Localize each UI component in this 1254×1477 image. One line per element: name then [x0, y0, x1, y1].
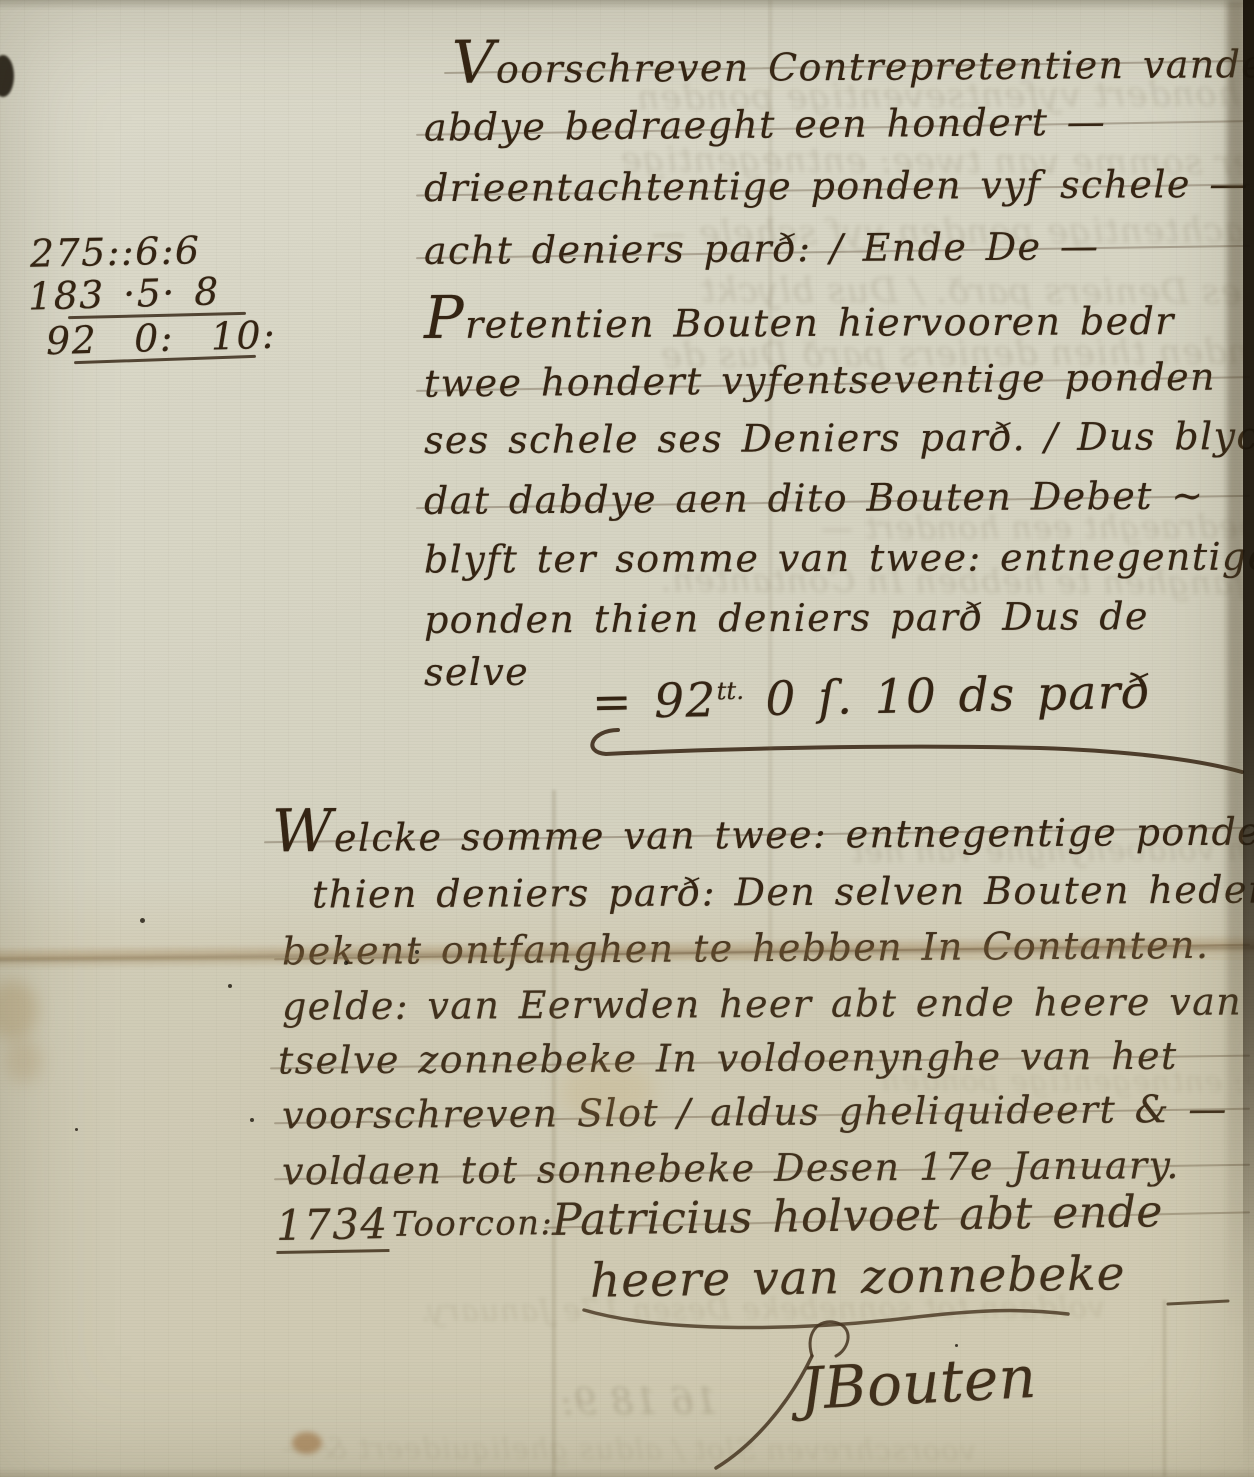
year-1734: 1734 — [276, 1199, 389, 1254]
attestation-toorcon: Toorcon: — [392, 1205, 554, 1244]
margin-subtrahend: 183 ·5· 8 — [27, 271, 220, 318]
manuscript-page: twee hondert vyfentseventige ponden blyf… — [0, 0, 1254, 1477]
sum-pound-mark: tt. — [716, 676, 744, 706]
manuscript-line: selve — [424, 652, 529, 694]
ink-speck — [955, 1344, 958, 1347]
paper-stain — [0, 980, 38, 1040]
sum-underline-flourish — [570, 718, 1254, 782]
manuscript-line: voorschreven Slot / aldus gheliquideert … — [282, 1089, 1244, 1138]
manuscript-line: Welcke somme van twee: entnegentige pond… — [272, 803, 1244, 861]
manuscript-line: abdye bedraeght een hondert — — [424, 100, 1244, 149]
manuscript-line: ponden thien deniers parð Dus de — [424, 596, 1149, 642]
manuscript-line: dat dabdye aen dito Bouten Debet ~ — [424, 475, 1244, 523]
manuscript-line: blyft ter somme van twee: entnegentige — [424, 537, 1254, 582]
manuscript-line: voldaen tot sonnebeke Desen 17e January. — [282, 1145, 1244, 1194]
paper-stain — [4, 1040, 42, 1082]
attestation-year: 1734 — [276, 1201, 389, 1249]
manuscript-line: drieentachtentige ponden vyf schele — — [424, 164, 1244, 210]
ink-speck — [415, 950, 419, 954]
ink-speck — [690, 1009, 693, 1012]
manuscript-line: twee hondert vyfentseventige ponden — [424, 356, 1244, 405]
manuscript-line: Pretentien Bouten hiervooren bedr — [424, 292, 1175, 347]
manuscript-line: acht deniers parð: / Ende De — — [424, 225, 1244, 273]
manuscript-line: bekent ontfanghen te hebben In Contanten… — [282, 925, 1244, 974]
signature-flourish — [690, 1310, 1120, 1477]
ink-speck — [250, 1118, 254, 1122]
ink-speck — [75, 1128, 78, 1131]
ink-speck — [140, 918, 145, 923]
margin-minuend: 275::6:6 — [30, 230, 201, 275]
top-edge-shadow — [0, 0, 1254, 10]
ink-speck — [228, 984, 232, 988]
manuscript-line: ses schele ses Deniers parð. / Dus blyck… — [424, 416, 1254, 462]
attestation-name: Patricius holvoet abt ende — [552, 1187, 1245, 1245]
ink-speck — [344, 961, 348, 965]
edge-ink-blob — [0, 55, 14, 97]
manuscript-line: tselve zonnebeke In voldoenynghe van het — [278, 1035, 1244, 1082]
manuscript-line: thien deniers parð: Den selven Bouten he… — [312, 869, 1254, 916]
manuscript-line: Voorschreven Contrepretentien vande — [452, 35, 1242, 91]
manuscript-line: gelde: van Eerwden heer abt ende heere v… — [282, 981, 1242, 1028]
